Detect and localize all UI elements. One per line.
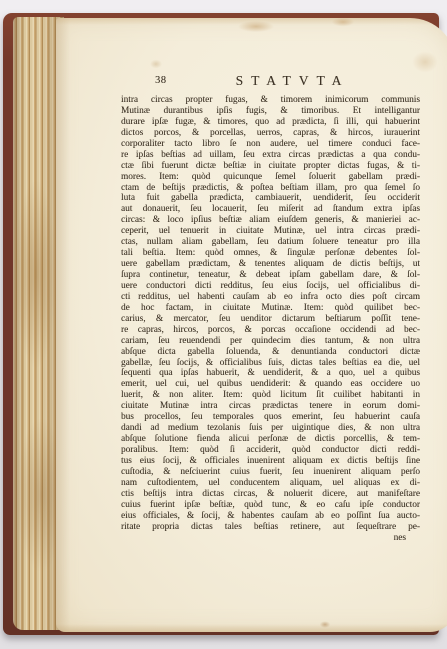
text-line: cuſtodia, & neſciuerint cuius fuerit, ſe…: [121, 467, 420, 478]
text-line: cti redditus, uel habenti cauſam ab eo i…: [121, 292, 420, 303]
text-line: uere conductori dicti redditus, ſeu eius…: [121, 281, 420, 292]
text-line: ſequenti qua ipſas habuerit, & uendideri…: [121, 368, 420, 379]
text-line: ciuitate Mutinæ intra circas prædictas t…: [121, 401, 420, 412]
text-line: ctis beſtijs intra dictas circas, & nolu…: [121, 489, 420, 500]
catchword: nes: [121, 533, 420, 544]
foxing-stain: [148, 58, 164, 70]
text-line: circas: & loco ipſius beſtiæ aliam eiuſd…: [121, 215, 420, 226]
text-line: tali beſtia. Item: quòd omnes, & ſingulæ…: [121, 248, 420, 259]
photo: 38 STATVTA intra circas propter fugas, &…: [0, 0, 447, 649]
text-line: durare ipſæ fugæ, & timores, quo ad præd…: [121, 117, 420, 128]
text-line: ctas, nullam aliam gabellam, ſeu datium …: [121, 237, 420, 248]
book-page: 38 STATVTA intra circas propter fugas, &…: [56, 18, 447, 632]
text-line: carius, & mercator, ſeu uenditor dictaru…: [121, 314, 420, 325]
page-number: 38: [155, 75, 167, 86]
text-line: ſupra continetur, teneatur, & debeat ipſ…: [121, 270, 420, 281]
text-line: abſque dicta gabella ſoluenda, & denunti…: [121, 347, 420, 358]
text-line: luerit, & non aliter. Item: quòd licitum…: [121, 390, 420, 401]
text-line: poralibus. Item: quòd ſi acciderit, quòd…: [121, 445, 420, 456]
text-line: mores. Item: quòd quicunque ſemel ſoluer…: [121, 172, 420, 183]
text-line: uere gabellam prædictam, & tenentes aliq…: [121, 259, 420, 270]
text-line: re ipſas beſtias ad uillam, ſeu extra ci…: [121, 150, 420, 161]
foxing-stain: [328, 16, 358, 28]
foxing-stain: [408, 48, 442, 76]
text-line: cariam, ſeu reuendendi per quindecim die…: [121, 336, 420, 347]
text-line: emerit, uel cui, uel quibus uendiderit: …: [121, 379, 420, 390]
text-line: gabellæ, ſeu ſocijs, & officialibus ſuis…: [121, 358, 420, 369]
text-line: ctam de beſtijs prædictis, & poſtea beſt…: [121, 183, 420, 194]
text-line: eius officiales, & ſocij, & habentes cau…: [121, 511, 420, 522]
text-line: dictos porcos, & porcellas, uerros, capr…: [121, 128, 420, 139]
text-line: dandi ad medium tezolanis ſuis per uigin…: [121, 423, 420, 434]
text-line: luta fuit gabella prædicta, cambiauerit,…: [121, 193, 420, 204]
text-line: Mutinæ durantibus ipſis fugis, & timorib…: [121, 106, 420, 117]
text-line: corporaliter tacto libro ſe non audere, …: [121, 139, 420, 150]
foxing-stain: [318, 620, 332, 629]
text-line: nam cuſtodientem, uel conducentem aliqua…: [121, 478, 420, 489]
foxing-stain: [232, 19, 280, 34]
text-block: intra circas propter fugas, & timorem in…: [121, 95, 420, 543]
text-line: tus eius ſocij, & officiales inuenirent …: [121, 456, 420, 467]
text-line: bus procellos, ſeu temporales quos emeri…: [121, 412, 420, 423]
text-line: cuius fuerint ipſæ beſtiæ, quòd tunc, & …: [121, 500, 420, 511]
text-line: de hoc factam, in ciuitate Mutinæ. Item:…: [121, 303, 420, 314]
text-line: ceperit, uel tenuerit in ciuitate Mutinæ…: [121, 226, 420, 237]
text-line: ritate propria dictas tales beſtias reti…: [121, 522, 420, 533]
text-line: aut donauerit, ſeu locauerit, ſeu miſeri…: [121, 204, 420, 215]
page-header: 38 STATVTA: [121, 73, 420, 89]
text-line: ctæ ſibi fuerunt dictæ beſtiæ in ciuitat…: [121, 161, 420, 172]
text-line: re capras, hircos, porcos, & porcas occa…: [121, 325, 420, 336]
text-line: intra circas propter fugas, & timorem in…: [121, 95, 420, 106]
text-line: abſque ſolutione fienda alicui perſonæ d…: [121, 434, 420, 445]
